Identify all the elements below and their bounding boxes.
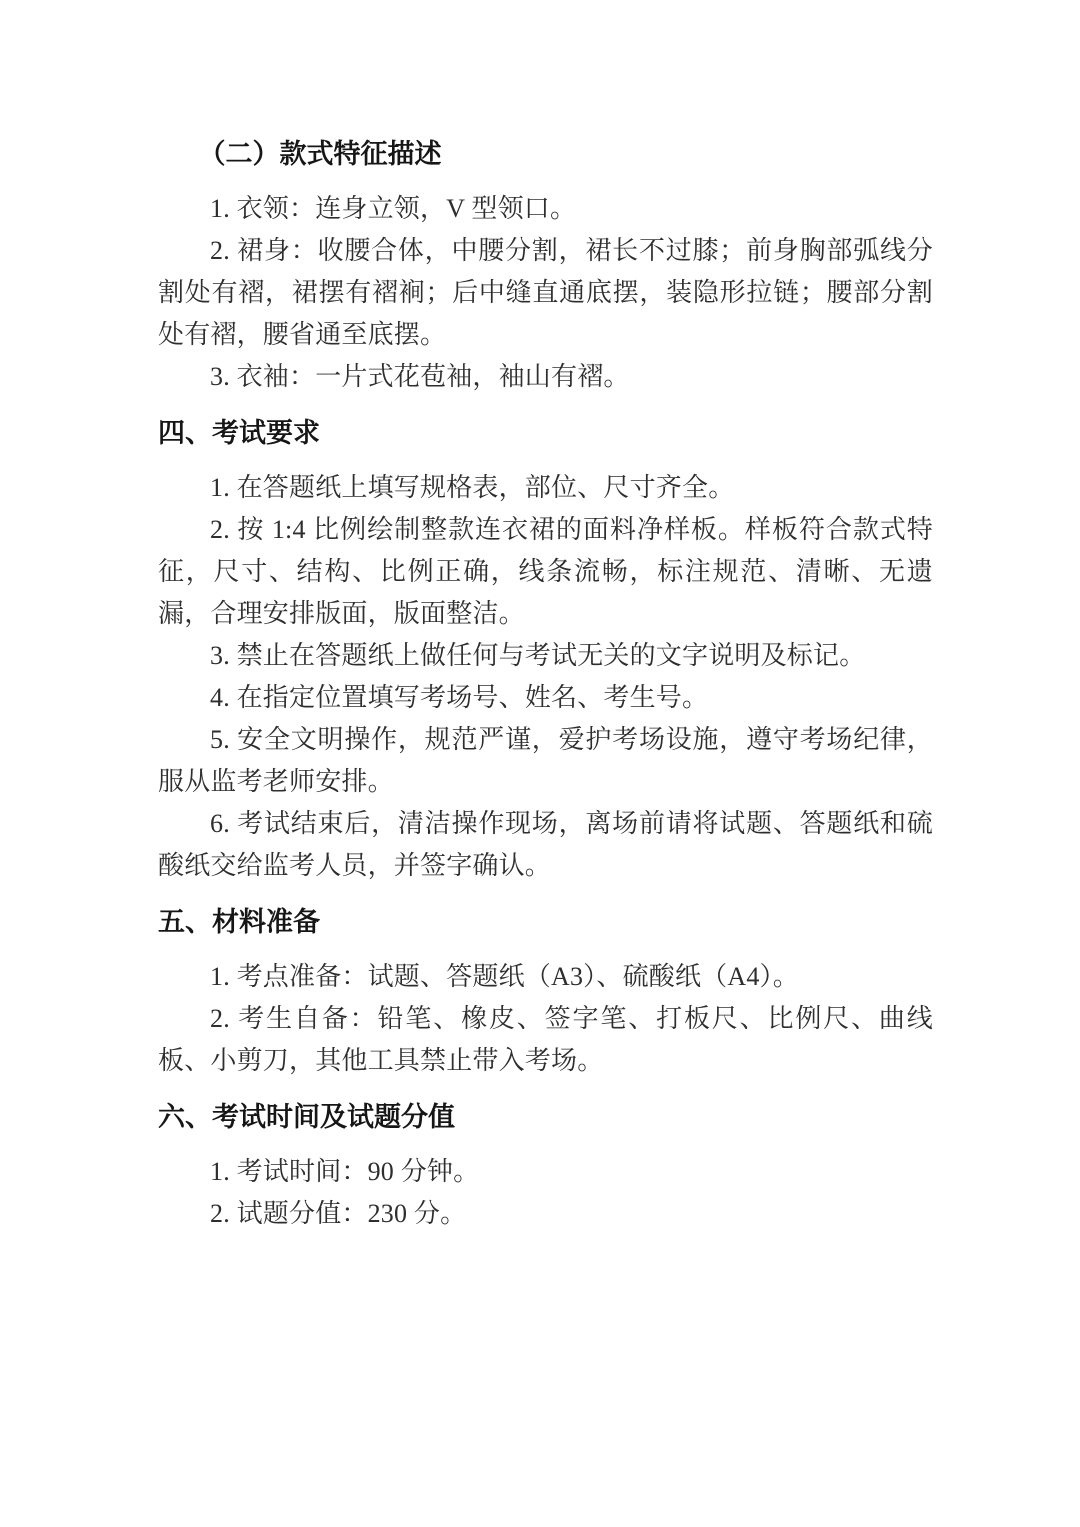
document-page: （二）款式特征描述 1. 衣领：连身立领，V 型领口。 2. 裙身：收腰合体，中…	[0, 0, 1080, 1527]
paragraph-site-provided: 1. 考点准备：试题、答题纸（A3）、硫酸纸（A4）。	[158, 956, 933, 998]
paragraph-requirement-6: 6. 考试结束后，清洁操作现场，离场前请将试题、答题纸和硫酸纸交给监考人员，并签…	[158, 803, 933, 887]
section-heading: 四、考试要求	[158, 412, 933, 454]
paragraph-self-provided: 2. 考生自备：铅笔、橡皮、签字笔、打板尺、比例尺、曲线板、小剪刀，其他工具禁止…	[158, 998, 933, 1082]
section-heading: （二）款式特征描述	[158, 133, 933, 175]
paragraph-skirt-body: 2. 裙身：收腰合体，中腰分割，裙长不过膝；前身胸部弧线分割处有褶，裙摆有褶裥；…	[158, 230, 933, 356]
section-time-and-score: 六、考试时间及试题分值 1. 考试时间：90 分钟。 2. 试题分值：230 分…	[158, 1096, 933, 1235]
section-heading: 五、材料准备	[158, 901, 933, 943]
paragraph-exam-time: 1. 考试时间：90 分钟。	[158, 1151, 933, 1193]
section-exam-requirements: 四、考试要求 1. 在答题纸上填写规格表，部位、尺寸齐全。 2. 按 1:4 比…	[158, 412, 933, 887]
paragraph-requirement-2: 2. 按 1:4 比例绘制整款连衣裙的面料净样板。样板符合款式特征，尺寸、结构、…	[158, 509, 933, 635]
paragraph-requirement-4: 4. 在指定位置填写考场号、姓名、考生号。	[158, 677, 933, 719]
paragraph-exam-score: 2. 试题分值：230 分。	[158, 1193, 933, 1235]
paragraph-collar: 1. 衣领：连身立领，V 型领口。	[158, 188, 933, 230]
section-material-preparation: 五、材料准备 1. 考点准备：试题、答题纸（A3）、硫酸纸（A4）。 2. 考生…	[158, 901, 933, 1082]
paragraph-requirement-3: 3. 禁止在答题纸上做任何与考试无关的文字说明及标记。	[158, 635, 933, 677]
paragraph-requirement-1: 1. 在答题纸上填写规格表，部位、尺寸齐全。	[158, 467, 933, 509]
section-heading: 六、考试时间及试题分值	[158, 1096, 933, 1138]
paragraph-requirement-5: 5. 安全文明操作，规范严谨，爱护考场设施，遵守考场纪律，服从监考老师安排。	[158, 719, 933, 803]
paragraph-sleeve: 3. 衣袖：一片式花苞袖，袖山有褶。	[158, 356, 933, 398]
section-style-feature-description: （二）款式特征描述 1. 衣领：连身立领，V 型领口。 2. 裙身：收腰合体，中…	[158, 133, 933, 398]
